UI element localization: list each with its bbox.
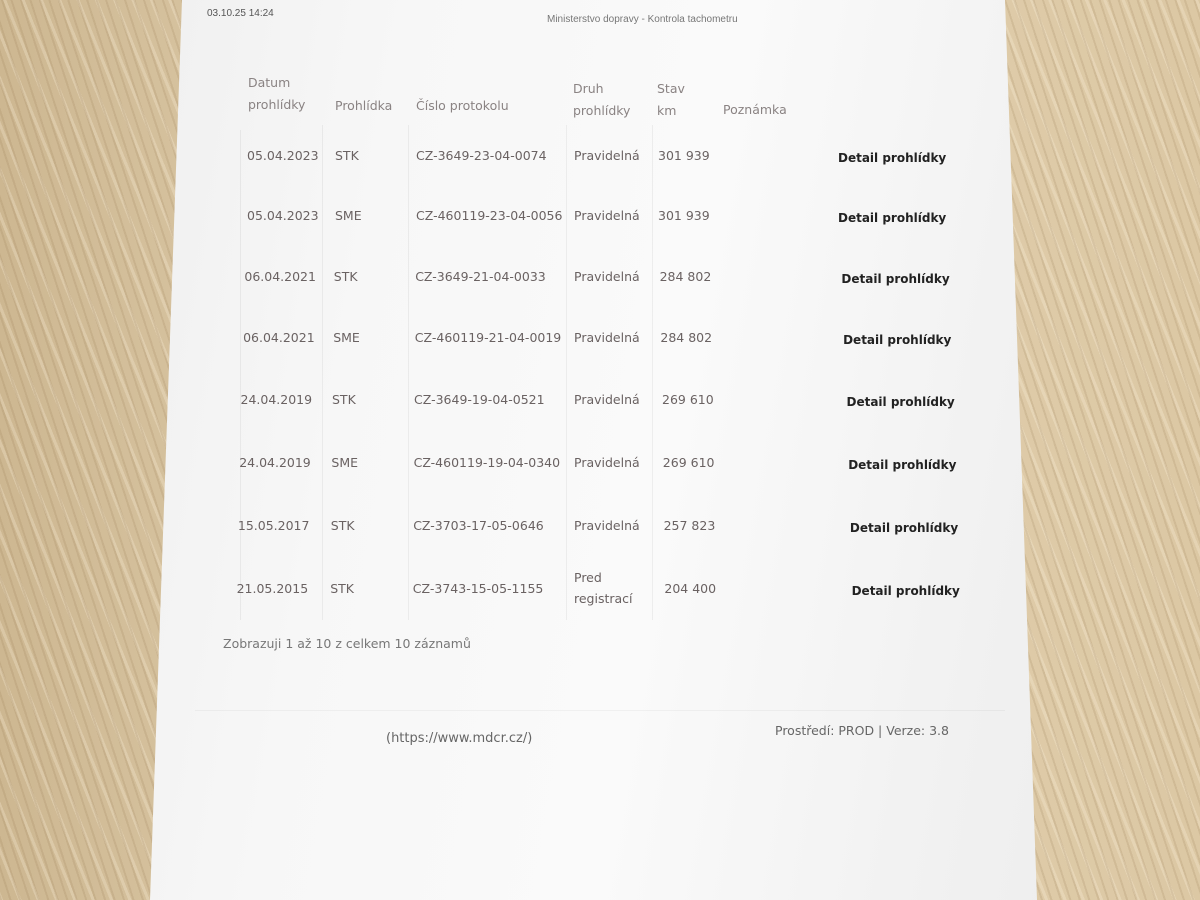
footer-divider bbox=[195, 710, 1005, 711]
cell-date: 24.04.2019 bbox=[239, 452, 311, 473]
inspection-table: DatumprohlídkyProhlídkaČíslo protokoluDr… bbox=[0, 0, 1200, 900]
footer-link[interactable]: (https://www.mdcr.cz/) bbox=[386, 731, 532, 746]
cell-date: 05.04.2023 bbox=[247, 145, 319, 166]
cell-date: 21.05.2015 bbox=[237, 578, 309, 599]
kind-line: Pravidelná bbox=[574, 145, 640, 166]
cell-km: 257 823 bbox=[664, 515, 716, 536]
records-summary: Zobrazuji 1 až 10 z celkem 10 záznamů bbox=[223, 636, 471, 651]
cell-kind: Pravidelná bbox=[574, 327, 640, 348]
cell-inspection-type: STK bbox=[332, 389, 356, 410]
kind-line: registrací bbox=[574, 588, 633, 609]
cell-protocol-number: CZ-460119-19-04-0340 bbox=[414, 452, 560, 473]
kind-line: Pred bbox=[574, 567, 633, 588]
column-divider bbox=[408, 125, 409, 620]
kind-line: Pravidelná bbox=[574, 389, 640, 410]
header-inspection: Prohlídka bbox=[335, 95, 392, 117]
header-line: prohlídky bbox=[573, 100, 630, 122]
detail-link[interactable]: Detail prohlídky bbox=[847, 392, 955, 413]
cell-km: 301 939 bbox=[658, 205, 710, 226]
cell-kind: Predregistrací bbox=[574, 567, 633, 609]
cell-km: 269 610 bbox=[662, 389, 714, 410]
column-divider bbox=[652, 125, 653, 620]
cell-kind: Pravidelná bbox=[574, 389, 640, 410]
cell-kind: Pravidelná bbox=[574, 266, 640, 287]
cell-date: 06.04.2021 bbox=[244, 266, 316, 287]
cell-protocol-number: CZ-3703-17-05-0646 bbox=[413, 515, 544, 536]
cell-date: 15.05.2017 bbox=[238, 515, 310, 536]
cell-km: 204 400 bbox=[664, 578, 716, 599]
cell-inspection-type: SME bbox=[333, 327, 360, 348]
header-note: Poznámka bbox=[723, 99, 787, 121]
cell-protocol-number: CZ-460119-21-04-0019 bbox=[415, 327, 561, 348]
cell-inspection-type: SME bbox=[335, 205, 362, 226]
cell-km: 269 610 bbox=[663, 452, 715, 473]
cell-inspection-type: STK bbox=[334, 266, 358, 287]
detail-link[interactable]: Detail prohlídky bbox=[838, 148, 946, 169]
header-line: Číslo protokolu bbox=[416, 95, 509, 117]
header-km: Stavkm bbox=[657, 78, 685, 122]
cell-protocol-number: CZ-460119-23-04-0056 bbox=[416, 205, 562, 226]
cell-date: 05.04.2023 bbox=[247, 205, 319, 226]
cell-kind: Pravidelná bbox=[574, 205, 640, 226]
cell-inspection-type: STK bbox=[335, 145, 359, 166]
header-kind: Druhprohlídky bbox=[573, 78, 630, 122]
column-divider bbox=[240, 130, 241, 620]
header-line: Poznámka bbox=[723, 99, 787, 121]
cell-inspection-type: STK bbox=[330, 578, 354, 599]
cell-date: 24.04.2019 bbox=[241, 389, 313, 410]
cell-kind: Pravidelná bbox=[574, 452, 640, 473]
environment-version: Prostředí: PROD | Verze: 3.8 bbox=[775, 723, 949, 738]
kind-line: Pravidelná bbox=[574, 205, 640, 226]
detail-link[interactable]: Detail prohlídky bbox=[843, 330, 951, 351]
header-line: Druh bbox=[573, 78, 630, 100]
cell-km: 284 802 bbox=[660, 266, 712, 287]
header-line: Prohlídka bbox=[335, 95, 392, 117]
detail-link[interactable]: Detail prohlídky bbox=[841, 269, 949, 290]
detail-link[interactable]: Detail prohlídky bbox=[852, 581, 960, 602]
detail-link[interactable]: Detail prohlídky bbox=[838, 208, 946, 229]
kind-line: Pravidelná bbox=[574, 452, 640, 473]
cell-kind: Pravidelná bbox=[574, 515, 640, 536]
header-line: prohlídky bbox=[248, 94, 305, 116]
cell-date: 06.04.2021 bbox=[243, 327, 315, 348]
cell-inspection-type: SME bbox=[331, 452, 358, 473]
header-protocol: Číslo protokolu bbox=[416, 95, 509, 117]
kind-line: Pravidelná bbox=[574, 515, 640, 536]
column-divider bbox=[322, 125, 323, 620]
detail-link[interactable]: Detail prohlídky bbox=[848, 455, 956, 476]
kind-line: Pravidelná bbox=[574, 266, 640, 287]
cell-protocol-number: CZ-3649-21-04-0033 bbox=[415, 266, 546, 287]
cell-kind: Pravidelná bbox=[574, 145, 640, 166]
header-line: km bbox=[657, 100, 685, 122]
header-date: Datumprohlídky bbox=[248, 72, 305, 116]
header-line: Stav bbox=[657, 78, 685, 100]
kind-line: Pravidelná bbox=[574, 327, 640, 348]
column-divider bbox=[566, 125, 567, 620]
detail-link[interactable]: Detail prohlídky bbox=[850, 518, 958, 539]
header-line: Datum bbox=[248, 72, 305, 94]
cell-km: 301 939 bbox=[658, 145, 710, 166]
cell-km: 284 802 bbox=[660, 327, 712, 348]
cell-protocol-number: CZ-3743-15-05-1155 bbox=[413, 578, 544, 599]
cell-protocol-number: CZ-3649-23-04-0074 bbox=[416, 145, 547, 166]
cell-inspection-type: STK bbox=[331, 515, 355, 536]
cell-protocol-number: CZ-3649-19-04-0521 bbox=[414, 389, 545, 410]
